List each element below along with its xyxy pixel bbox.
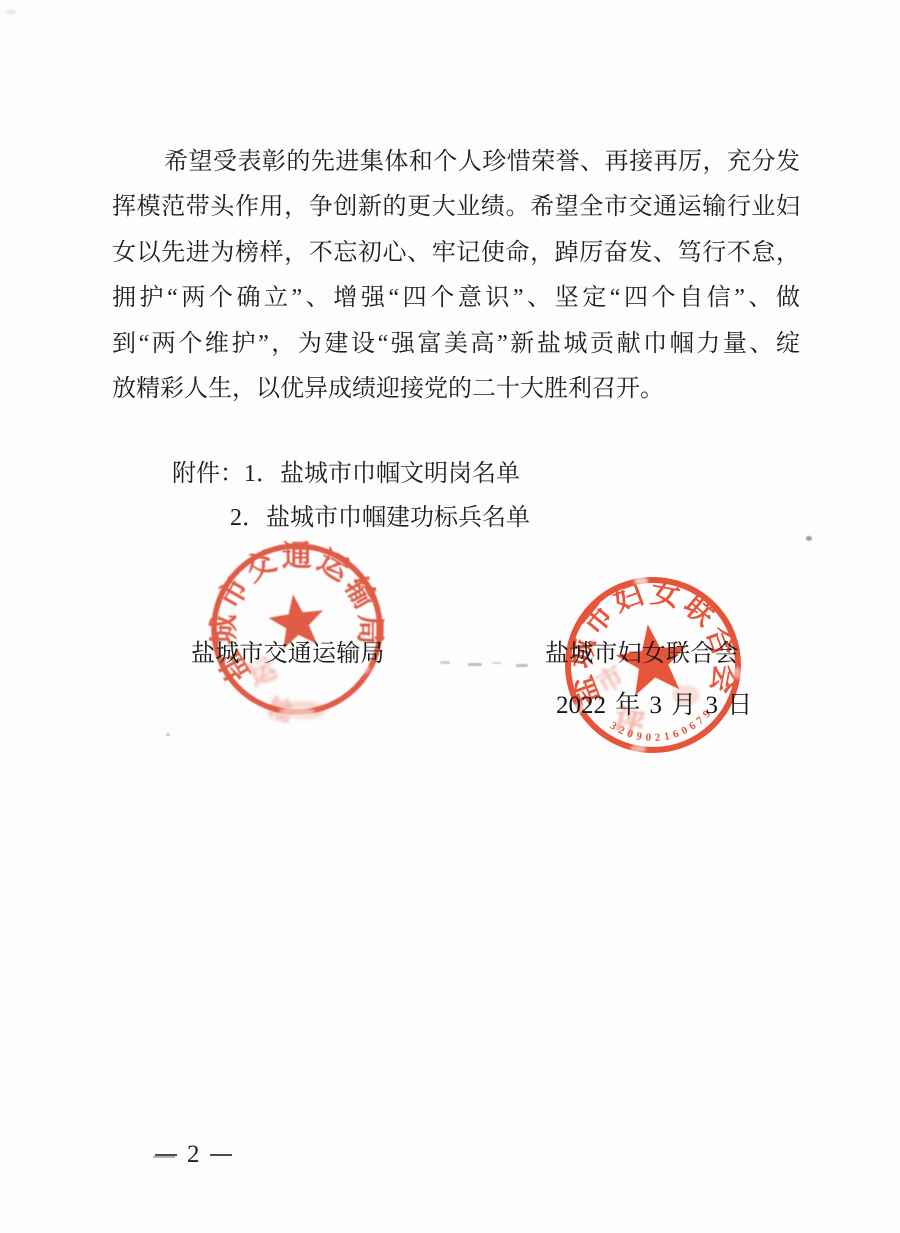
scan-speck	[516, 664, 528, 667]
scan-speck	[440, 661, 450, 664]
document-date: 2022 年 3 月 3 日	[556, 692, 752, 720]
paragraph-line: 到“两个维护”，为建设“强富美高”新盐城贡献巾帼力量、绽	[112, 322, 800, 367]
paragraph-line: 拥护“两个确立”、增强“四个意识”、坚定“四个自信”、做	[112, 276, 800, 321]
attachment-line-1: 附件：1．盐城市巾帼文明岗名单	[172, 452, 530, 496]
page-number: 2	[155, 1144, 232, 1166]
page-number-dash	[210, 1154, 232, 1157]
scan-speck	[166, 733, 170, 736]
attachment-item-2: 2．盐城市巾帼建功标兵名单	[230, 505, 530, 531]
scan-speck	[6, 10, 16, 14]
paragraph-line: 希望受表彰的先进集体和个人珍惜荣誉、再接再厉，充分发	[112, 140, 800, 185]
paragraph-line: 挥模范带头作用，争创新的更大业绩。希望全市交通运输行业妇	[112, 185, 800, 230]
page-number-value: 2	[187, 1144, 200, 1166]
paragraph-line: 放精彩人生，以优异成绩迎接党的二十大胜利召开。	[112, 367, 800, 412]
scan-speck	[468, 663, 482, 666]
signature-womens-federation: 盐城市妇女联合会	[545, 639, 739, 669]
scan-speck	[806, 536, 812, 541]
seal-erosion	[634, 577, 648, 585]
attachment-label: 附件：	[172, 461, 244, 487]
signature-transport-bureau: 盐城市交通运输局	[191, 639, 385, 669]
paragraph-line: 女以先进为榜样，不忘初心、牢记使命，踔厉奋发、笃行不怠，	[112, 231, 800, 276]
scan-speck	[492, 662, 501, 664]
attachment-line-2: 2．盐城市巾帼建功标兵名单	[172, 496, 530, 540]
scanned-document-page: 希望受表彰的先进集体和个人珍惜荣誉、再接再厉，充分发 挥模范带头作用，争创新的更…	[0, 0, 900, 1233]
transport-bureau-seal: 盐城市交通运输局 运 输	[202, 534, 392, 724]
attachment-item-1: 1．盐城市巾帼文明岗名单	[244, 461, 520, 487]
body-paragraph: 希望受表彰的先进集体和个人珍惜荣誉、再接再厉，充分发 挥模范带头作用，争创新的更…	[112, 140, 800, 412]
seal-erosion	[279, 707, 315, 717]
attachment-list: 附件：1．盐城市巾帼文明岗名单 2．盐城市巾帼建功标兵名单	[172, 452, 530, 540]
page-number-dash	[155, 1154, 177, 1157]
seal-erosion	[630, 745, 646, 753]
